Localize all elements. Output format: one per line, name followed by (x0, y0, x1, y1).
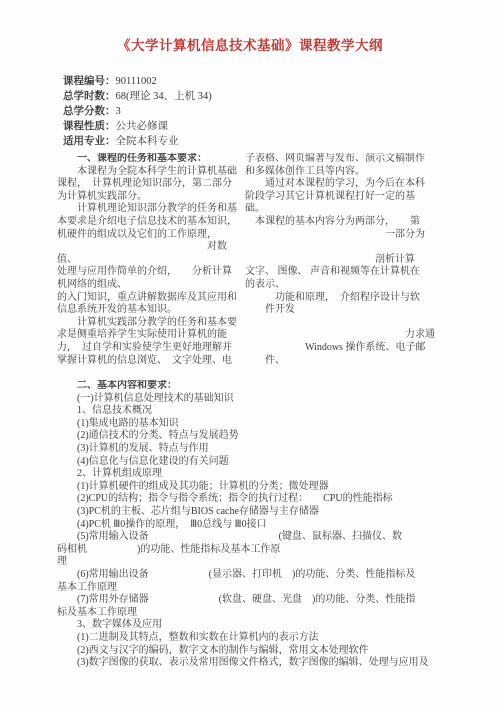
document-page: 《大学计算机信息技术基础》课程教学大纲 课程编号：90111002 总学时数：6… (0, 0, 500, 707)
section1-right-column: 子表格、网页编著与发布、演示文稿制作 和多媒体创作工具等内容。 通过对本课程的学… (245, 153, 445, 367)
meta-row-total-credits: 总学分数：3 (63, 104, 500, 119)
section1-left-column: 一、课程的任务和基本要求： 本课程为全院本科学生的计算机基础 课程， 计算机理论… (57, 153, 243, 367)
meta-row-applicable-major: 适用专业：全院本科专业 (63, 134, 500, 149)
meta-value: 公共必修课 (116, 121, 169, 132)
meta-label: 总学时数： (63, 90, 116, 102)
section-tasks-and-requirements: 一、课程的任务和基本要求： 本课程为全院本科学生的计算机基础 课程， 计算机理论… (57, 153, 500, 367)
meta-label: 适用专业： (63, 135, 116, 147)
meta-row-course-code: 课程编号：90111002 (63, 74, 500, 89)
section2-heading: 二、基本内容和要求： (57, 380, 457, 393)
meta-value: 全院本科专业 (116, 136, 179, 147)
meta-value: 3 (116, 106, 121, 117)
course-meta: 课程编号：90111002 总学时数：68(理论 34、上机 34) 总学分数：… (63, 74, 500, 149)
section1-right-text: 子表格、网页编著与发布、演示文稿制作 和多媒体创作工具等内容。 通过对本课程的学… (245, 153, 445, 367)
section1-heading: 一、课程的任务和基本要求： (57, 153, 243, 166)
meta-row-course-type: 课程性质：公共必修课 (63, 119, 500, 134)
meta-value: 90111002 (116, 76, 157, 87)
meta-label: 课程性质： (63, 120, 116, 132)
meta-value: 68(理论 34、上机 34) (116, 91, 212, 102)
document-title: 《大学计算机信息技术基础》课程教学大纲 (0, 0, 500, 54)
section2-text: (一)计算机信息处理技术的基础知识 1、信息技术概况 (1)集成电路的基本知识 … (57, 393, 457, 670)
meta-label: 课程编号： (63, 75, 116, 87)
meta-row-total-hours: 总学时数：68(理论 34、上机 34) (63, 89, 500, 104)
section-basic-content: 二、基本内容和要求： (一)计算机信息处理技术的基础知识 1、信息技术概况 (1… (57, 380, 457, 670)
meta-label: 总学分数： (63, 105, 116, 117)
section1-left-text: 本课程为全院本科学生的计算机基础 课程， 计算机理论知识部分，第二部分 为计算机… (57, 166, 243, 368)
